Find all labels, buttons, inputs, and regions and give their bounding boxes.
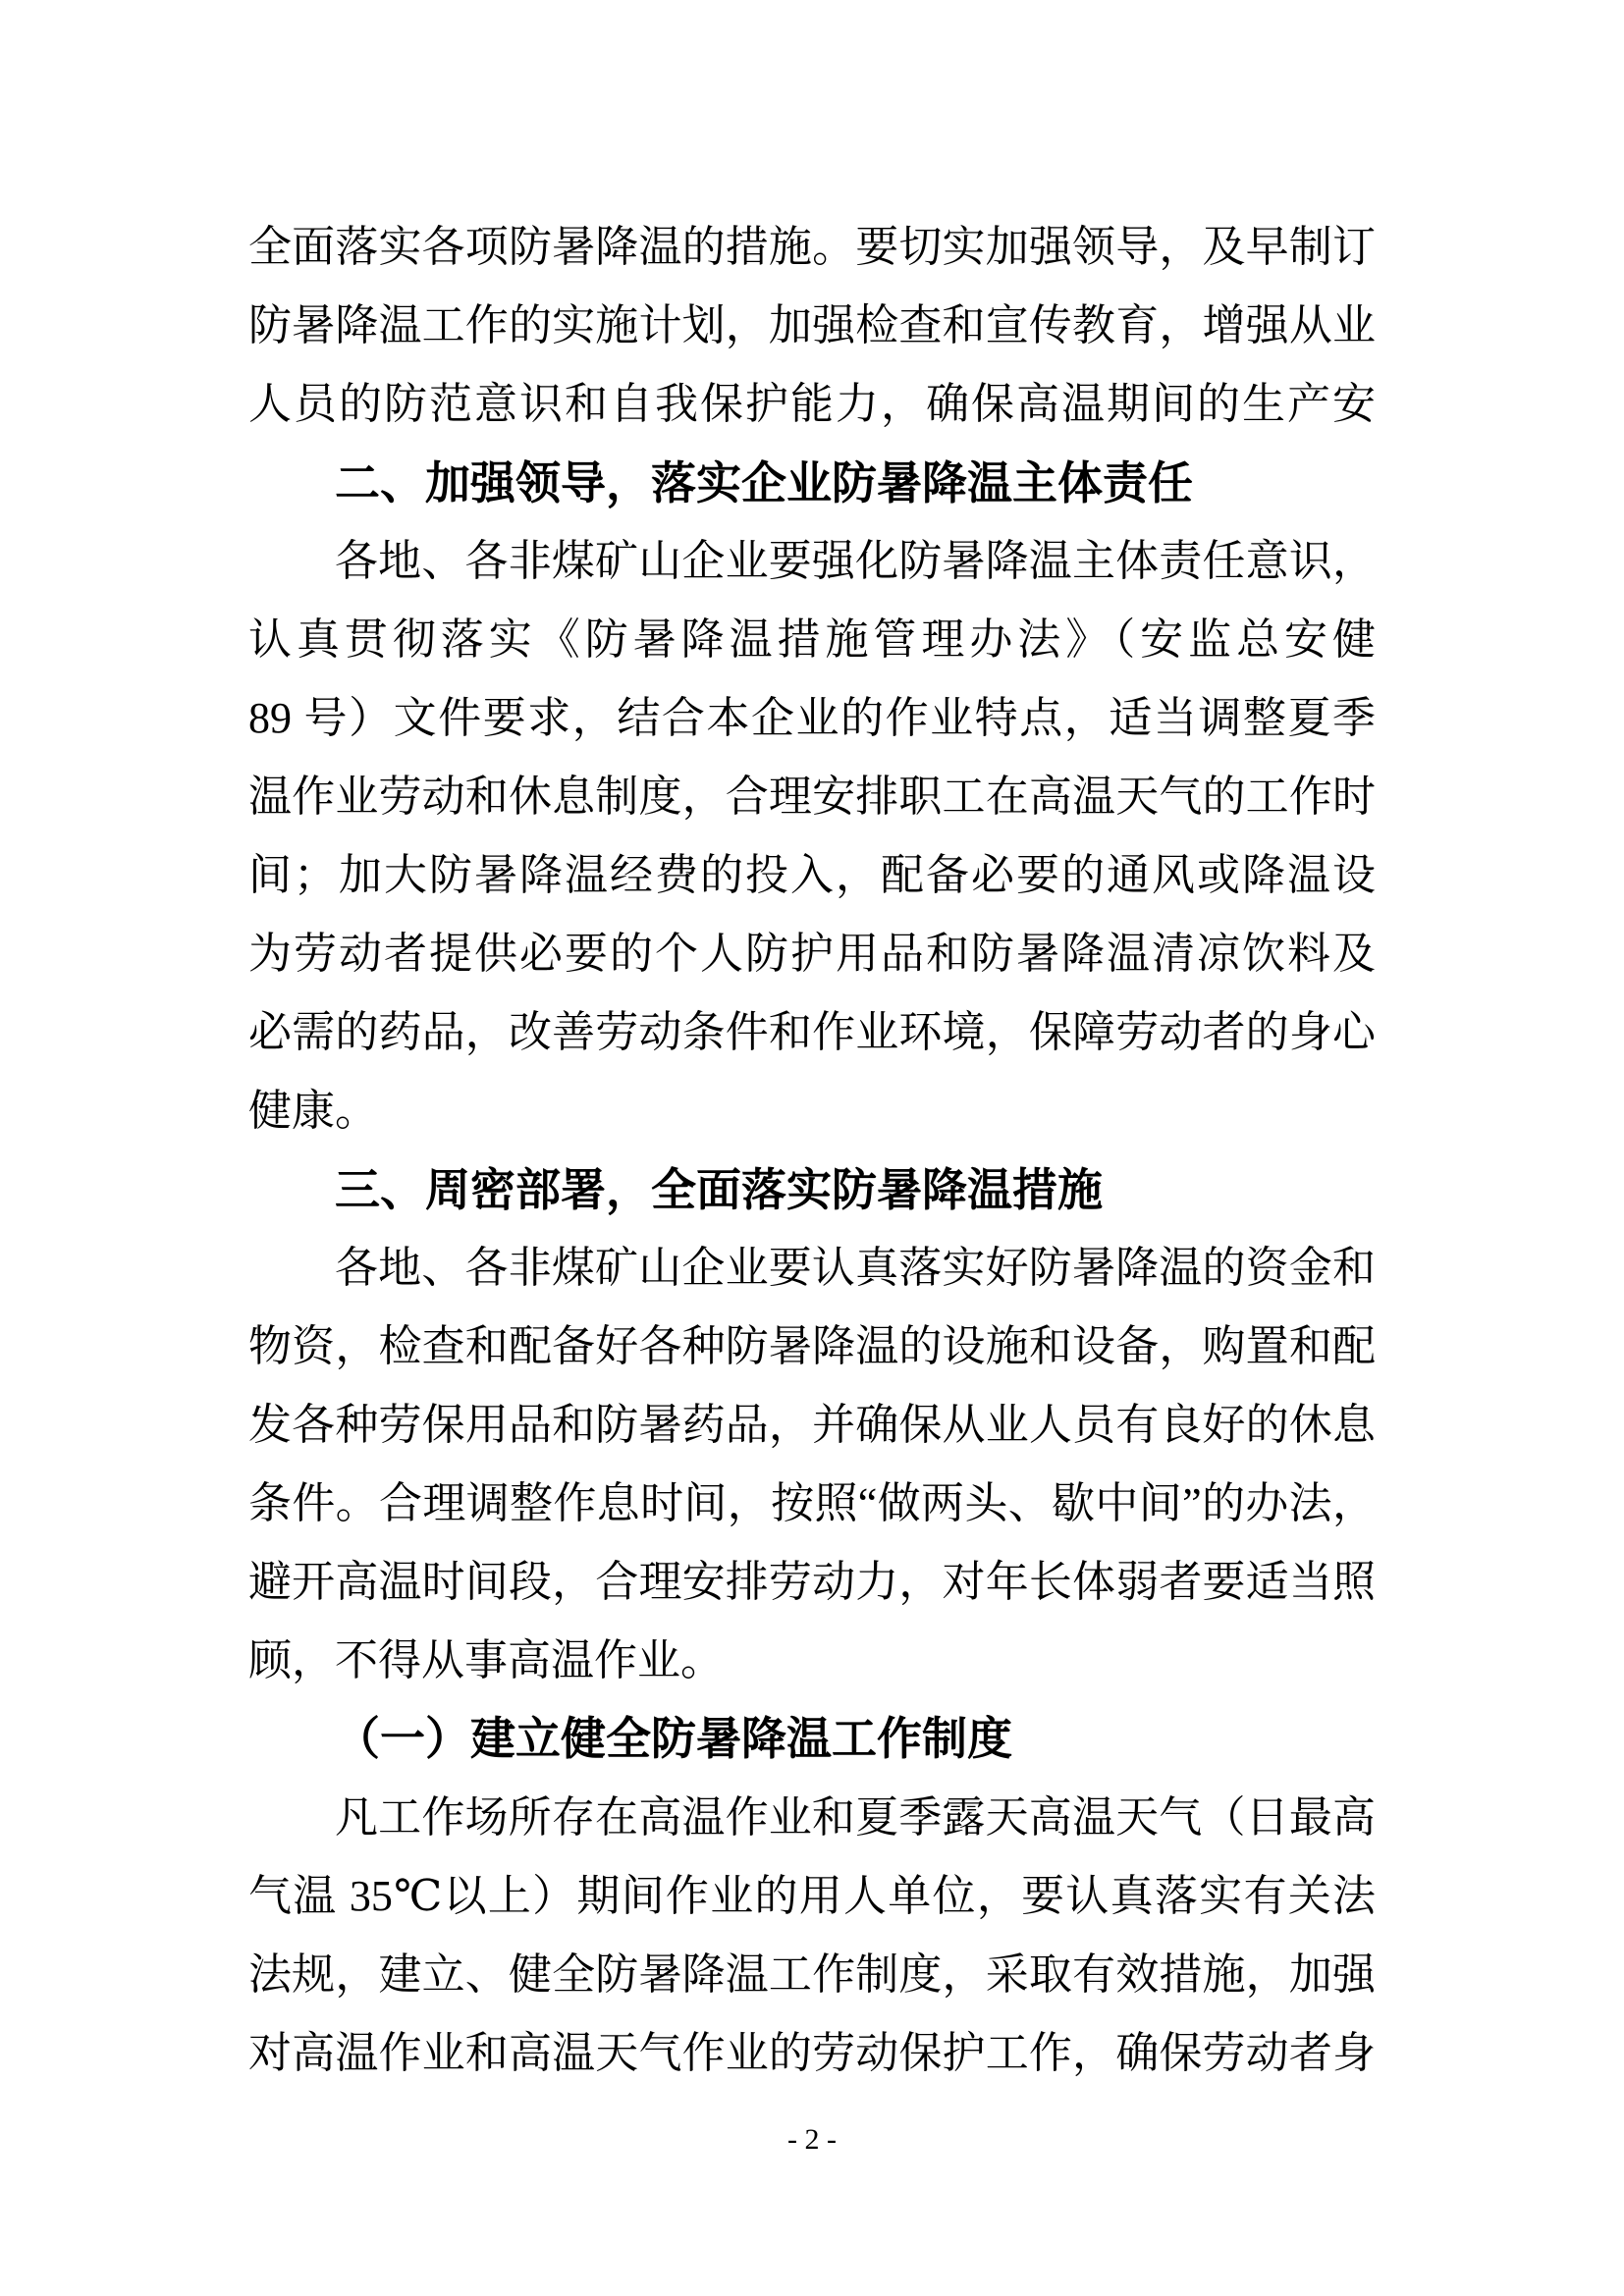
text-line: 凡工作场所存在高温作业和夏季露天高温天气（日最高 xyxy=(248,1779,1376,1857)
text-line: 全面落实各项防暑降温的措施。要切实加强领导，及早制订 xyxy=(248,208,1376,287)
text-line: 对高温作业和高温天气作业的劳动保护工作，确保劳动者身 xyxy=(248,2014,1376,2093)
text-line: 防暑降温工作的实施计划，加强检查和宣传教育，增强从业 xyxy=(248,287,1376,365)
page-number: - 2 - xyxy=(787,2123,837,2156)
text-line: 物资，检查和配备好各种防暑降温的设施和设备，购置和配 xyxy=(248,1308,1376,1386)
page-footer: - 2 - xyxy=(0,2120,1624,2160)
text-line: 法规，建立、健全防暑降温工作制度，采取有效措施，加强 xyxy=(248,1936,1376,2014)
text-line: 气温 35℃以上）期间作业的用人单位，要认真落实有关法律 xyxy=(248,1857,1376,1936)
document-page: 全面落实各项防暑降温的措施。要切实加强领导，及早制订防暑降温工作的实施计划，加强… xyxy=(0,0,1624,2296)
text-line: 必需的药品，改善劳动条件和作业环境，保障劳动者的身心 xyxy=(248,993,1376,1072)
text-line: 各地、各非煤矿山企业要强化防暑降温主体责任意识， xyxy=(248,522,1376,601)
section-heading: 三、周密部署，全面落实防暑降温措施 xyxy=(248,1150,1376,1229)
text-line: 发各种劳保用品和防暑药品，并确保从业人员有良好的休息 xyxy=(248,1386,1376,1465)
text-line: 避开高温时间段，合理安排劳动力，对年长体弱者要适当照 xyxy=(248,1543,1376,1622)
text-line: 为劳动者提供必要的个人防护用品和防暑降温清凉饮料及 xyxy=(248,915,1376,993)
text-line: 认真贯彻落实《防暑降温措施管理办法》（安监总安健〔2012〕 xyxy=(248,601,1376,679)
text-line: 间；加大防暑降温经费的投入，配备必要的通风或降温设备， xyxy=(248,836,1376,915)
text-line: 顾，不得从事高温作业。 xyxy=(248,1622,1376,1700)
section-heading: （一）建立健全防暑降温工作制度 xyxy=(248,1700,1376,1779)
text-line: 健康。 xyxy=(248,1072,1376,1150)
text-line: 条件。合理调整作息时间，按照“做两头、歇中间”的办法， xyxy=(248,1465,1376,1543)
text-line: 人员的防范意识和自我保护能力，确保高温期间的生产安全。 xyxy=(248,365,1376,444)
text-line: 各地、各非煤矿山企业要认真落实好防暑降温的资金和 xyxy=(248,1229,1376,1308)
document-body: 全面落实各项防暑降温的措施。要切实加强领导，及早制订防暑降温工作的实施计划，加强… xyxy=(248,208,1376,2093)
section-heading: 二、加强领导，落实企业防暑降温主体责任 xyxy=(248,444,1376,522)
text-line: 89 号）文件要求，结合本企业的作业特点，适当调整夏季高 xyxy=(248,679,1376,758)
text-line: 温作业劳动和休息制度，合理安排职工在高温天气的工作时 xyxy=(248,758,1376,836)
